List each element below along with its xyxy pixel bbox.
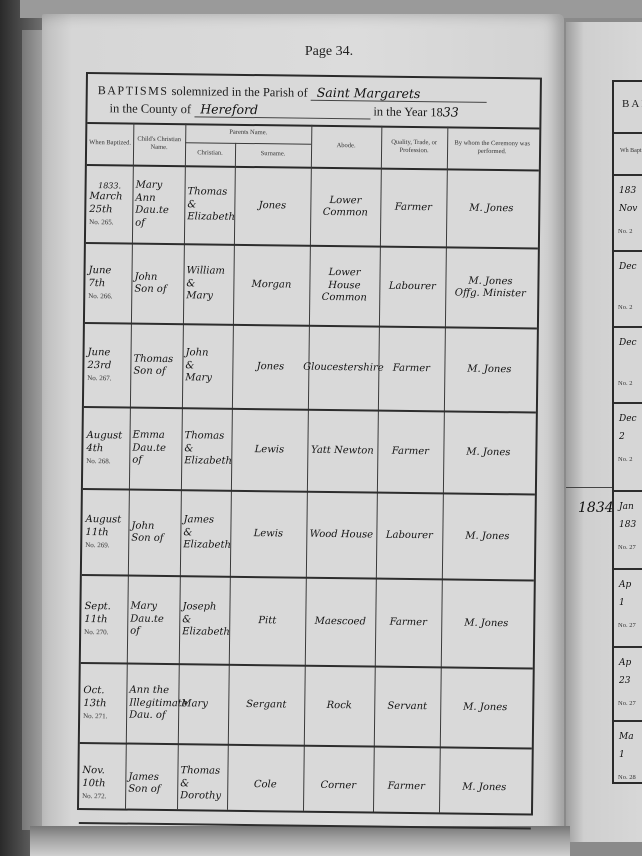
- baptism-date: Oct. 13th: [83, 685, 123, 710]
- baptism-date: Nov. 10th: [82, 765, 122, 790]
- ampersand: &: [180, 778, 189, 791]
- cell-parents-christian: John&Mary: [182, 325, 233, 408]
- cell-surname: Sergant: [228, 666, 305, 745]
- cell-quality: Farmer: [380, 170, 447, 247]
- father-name: Thomas: [187, 186, 227, 199]
- cell-when: June 7thNo. 266.: [85, 244, 132, 323]
- cell-parents-christian: Joseph&Elizabeth: [179, 577, 230, 664]
- register-entry: June 23rdNo. 267.ThomasSon ofJohn&MaryJo…: [84, 324, 537, 414]
- entry-number: No. 267.: [87, 374, 111, 383]
- child-relation: Son of: [131, 533, 163, 546]
- cell-abode: Rock: [304, 667, 375, 746]
- cell-child: MaryDau.te of: [127, 577, 180, 664]
- right-entry-number: No. 27: [618, 622, 636, 629]
- entry-number: No. 271.: [83, 712, 107, 721]
- cell-by-whom: M. Jones: [441, 580, 532, 667]
- register-entry: Sept. 11thNo. 270.MaryDau.te ofJoseph&El…: [81, 576, 534, 670]
- child-name: James: [128, 771, 159, 784]
- right-page-register: BAP Wh Bapt 183NovNo. 2DecNo. 2DecNo. 2D…: [612, 80, 642, 784]
- child-relation: Son of: [134, 284, 166, 297]
- cell-quality: Farmer: [378, 328, 445, 411]
- officiant-note: Offg. Minister: [455, 288, 526, 301]
- mother-name: Elizabeth: [182, 626, 230, 639]
- right-col-when: Wh Bapt: [620, 148, 642, 156]
- right-row-rule: [614, 646, 642, 648]
- right-entry-date-line2: 1: [619, 750, 625, 760]
- margin-year-note: 1834: [578, 500, 614, 516]
- col-when: When Baptized.: [87, 122, 134, 165]
- abode: Wood House: [310, 529, 374, 542]
- father-name: Thomas: [184, 430, 224, 443]
- entry-number: No. 265.: [89, 218, 113, 227]
- officiant: M. Jones: [469, 202, 513, 215]
- register-entry: 1833.March 25thNo. 265.Mary AnnDau.te of…: [86, 166, 539, 250]
- cell-when: Oct. 13thNo. 271.: [80, 664, 127, 743]
- father-name: Mary: [181, 698, 208, 711]
- officiant: M. Jones: [464, 617, 508, 630]
- ampersand: &: [185, 360, 194, 373]
- mother-name: Dorothy: [180, 790, 221, 803]
- cell-abode: Yatt Newton: [307, 411, 378, 492]
- officiant: M. Jones: [467, 363, 511, 376]
- child-name: Emma: [132, 430, 164, 443]
- officiant: M. Jones: [463, 701, 507, 714]
- register-header: BAPTISMS solemnized in the Parish of Sai…: [87, 74, 540, 130]
- entry-number: No. 269.: [85, 541, 109, 550]
- surname: Morgan: [251, 279, 291, 292]
- right-header-rule: [614, 174, 642, 176]
- surname: Sergant: [246, 699, 287, 712]
- col-quality: Quality, Trade, or Profession.: [381, 126, 448, 169]
- father-name: Joseph: [182, 601, 216, 614]
- cell-parents-christian: Thomas&Elizabeth: [184, 167, 235, 244]
- cell-surname: Pitt: [229, 578, 306, 665]
- right-entry-number: No. 2: [618, 380, 632, 387]
- right-entry-date-line2: 2: [619, 432, 625, 442]
- cell-child: Mary AnnDau.te of: [132, 167, 185, 244]
- quality: Labourer: [386, 529, 433, 542]
- cell-quality: Labourer: [376, 494, 443, 579]
- right-entry-number: No. 2: [618, 456, 632, 463]
- cell-by-whom: M. Jones: [440, 668, 531, 747]
- cell-when: Nov. 10thNo. 272.: [79, 744, 126, 823]
- register-entry: Nov. 10thNo. 272.JamesSon ofThomas&Dorot…: [79, 744, 532, 830]
- officiant: M. Jones: [465, 530, 509, 543]
- child-name: Mary: [130, 601, 157, 614]
- cell-child: Ann theIllegitimate Dau. of: [126, 665, 179, 744]
- entry-year: 1833.: [98, 181, 121, 191]
- father-name: John: [185, 347, 208, 360]
- right-register-title: BAP: [622, 98, 642, 110]
- child-relation: Dau.te of: [135, 205, 181, 231]
- cell-quality: Labourer: [379, 248, 446, 327]
- baptism-date: August 4th: [86, 430, 126, 455]
- cell-surname: Lewis: [230, 492, 307, 577]
- father-name: Thomas: [180, 765, 220, 778]
- quality: Farmer: [393, 363, 430, 376]
- child-relation: Dau.te of: [132, 442, 178, 468]
- col-parents: Parents Name.: [185, 123, 311, 144]
- register-entry: August 4thNo. 268.EmmaDau.te ofThomas&El…: [83, 408, 536, 496]
- mother-name: Elizabeth: [187, 211, 235, 224]
- abode: Lower Common: [313, 194, 377, 220]
- ampersand: &: [182, 614, 191, 627]
- child-name: Ann the: [129, 685, 169, 698]
- surname: Lewis: [255, 444, 285, 457]
- right-entry-date: Ap: [619, 580, 631, 590]
- column-headers: When Baptized. Child's Christian Name. P…: [87, 122, 540, 172]
- cell-quality: Servant: [374, 668, 441, 747]
- cell-quality: Farmer: [373, 748, 440, 827]
- cell-by-whom: M. Jones: [446, 170, 537, 247]
- right-entry-date: Dec: [619, 414, 637, 424]
- col-by-whom: By whom the Ceremony was performed.: [447, 126, 538, 169]
- cell-child: JohnSon of: [131, 245, 184, 324]
- abode: Yatt Newton: [311, 445, 374, 458]
- baptism-date: August 11th: [85, 514, 125, 539]
- page-bottom-edge: [30, 826, 570, 856]
- register-entry: August 11thNo. 269.JohnSon ofJames&Eliza…: [82, 490, 535, 582]
- quality: Labourer: [389, 280, 436, 293]
- right-row-rule: [614, 490, 642, 492]
- quality: Farmer: [390, 617, 427, 630]
- entry-number: No. 272.: [82, 792, 106, 801]
- right-row-rule: [614, 720, 642, 722]
- register-entries: 1833.March 25thNo. 265.Mary AnnDau.te of…: [79, 166, 539, 813]
- right-entry-date: Dec: [619, 338, 637, 348]
- cell-parents-christian: Mary: [178, 665, 229, 744]
- page-number-text: Page 34.: [305, 44, 353, 59]
- col-abode: Abode.: [311, 125, 382, 168]
- year-label: in the Year 18: [373, 105, 443, 120]
- register-county-line: in the County of Hereford in the Year 18…: [109, 100, 458, 120]
- register-title: BAPTISMS: [98, 83, 169, 98]
- baptism-date: Sept. 11th: [84, 601, 124, 626]
- entry-number: No. 266.: [88, 292, 112, 301]
- mother-name: Elizabeth: [183, 539, 231, 552]
- right-row-rule: [614, 568, 642, 570]
- child-relation: Dau.te of: [130, 613, 176, 639]
- cell-by-whom: M. Jones: [439, 748, 530, 827]
- entry-number: No. 270.: [84, 628, 108, 637]
- abode: Corner: [320, 780, 356, 793]
- child-name: Thomas: [133, 353, 173, 366]
- cell-child: JamesSon of: [125, 745, 178, 824]
- cell-abode: Gloucestershire: [308, 327, 379, 410]
- page-number: Page 34.: [0, 44, 642, 60]
- right-row-rule: [614, 402, 642, 404]
- margin-rule: [566, 487, 614, 488]
- right-entry-number: No. 27: [618, 544, 636, 551]
- county-label: in the County of: [109, 101, 191, 116]
- ampersand: &: [184, 443, 193, 456]
- quality: Servant: [387, 700, 427, 713]
- cell-parents-christian: Thomas&Elizabeth: [181, 409, 232, 490]
- right-entry-number: No. 28: [618, 774, 636, 781]
- abode: Rock: [327, 700, 352, 713]
- right-entry-number: No. 2: [618, 304, 632, 311]
- surname: Cole: [254, 779, 277, 792]
- mother-name: Elizabeth: [184, 455, 232, 468]
- right-header-rule: [614, 132, 642, 134]
- officiant: M. Jones: [468, 275, 512, 288]
- right-entry-date-line2: 1: [619, 598, 625, 608]
- abode: Maescoed: [315, 616, 366, 629]
- baptism-date: June 7th: [88, 265, 128, 290]
- cell-abode: Lower Common: [310, 169, 381, 246]
- quality: Farmer: [388, 780, 425, 793]
- right-entry-date-line2: 23: [619, 676, 630, 686]
- cell-parents-christian: William&Mary: [183, 245, 234, 324]
- child-relation: Son of: [128, 784, 160, 797]
- col-child: Child's Christian Name.: [133, 123, 186, 166]
- cell-quality: Farmer: [375, 580, 442, 667]
- child-name: John: [134, 271, 157, 284]
- cell-when: August 4thNo. 268.: [83, 408, 130, 489]
- cell-when: Sept. 11thNo. 270.: [81, 576, 128, 663]
- right-row-rule: [614, 250, 642, 252]
- cell-by-whom: M. Jones: [444, 328, 535, 411]
- surname: Jones: [257, 361, 285, 374]
- cell-parents-christian: Thomas&Dorothy: [177, 745, 228, 824]
- cell-by-whom: M. Jones: [442, 494, 533, 579]
- ampersand: &: [186, 278, 195, 291]
- quality: Farmer: [395, 202, 432, 215]
- officiant: M. Jones: [462, 781, 506, 794]
- cell-quality: Farmer: [377, 412, 444, 493]
- cell-surname: Jones: [234, 168, 311, 245]
- col-christian: Christian.: [185, 142, 235, 166]
- officiant: M. Jones: [466, 446, 510, 459]
- quality: Farmer: [392, 446, 429, 459]
- year-suffix: 33: [443, 104, 459, 119]
- cell-by-whom: M. Jones: [443, 412, 534, 493]
- father-name: William: [186, 265, 224, 278]
- col-surname: Surname.: [235, 143, 311, 167]
- right-entry-date: Ap: [619, 658, 631, 668]
- register-entry: June 7thNo. 266.JohnSon ofWilliam&MaryMo…: [85, 244, 538, 330]
- cell-by-whom: M. JonesOffg. Minister: [445, 248, 536, 327]
- entry-number: No. 268.: [86, 457, 110, 466]
- father-name: James: [183, 514, 214, 527]
- right-entry-date-line2: Nov: [619, 204, 637, 214]
- child-name: Mary Ann: [135, 180, 181, 206]
- right-entry-date: Jan: [619, 502, 634, 512]
- surname: Lewis: [254, 528, 284, 541]
- right-entry-date: Ma: [619, 732, 634, 742]
- cell-child: ThomasSon of: [130, 325, 183, 408]
- cell-surname: Jones: [232, 326, 309, 409]
- mother-name: Mary: [185, 372, 212, 385]
- cell-surname: Lewis: [231, 410, 308, 491]
- cell-surname: Cole: [227, 746, 304, 825]
- mother-name: Mary: [186, 290, 213, 303]
- right-entry-number: No. 2: [618, 228, 632, 235]
- baptism-register: BAPTISMS solemnized in the Parish of Sai…: [77, 72, 542, 816]
- ampersand: &: [187, 199, 196, 212]
- cell-surname: Morgan: [233, 246, 310, 325]
- child-name: John: [131, 520, 154, 533]
- cell-abode: Maescoed: [305, 579, 376, 666]
- right-entry-date-line2: 183: [619, 520, 636, 530]
- cell-child: EmmaDau.te of: [129, 409, 182, 490]
- abode: Lower House Common: [312, 267, 376, 305]
- cell-when: August 11thNo. 269.: [82, 490, 129, 575]
- cell-when: June 23rdNo. 267.: [84, 324, 131, 407]
- cell-when: 1833.March 25thNo. 265.: [86, 166, 133, 243]
- cell-child: JohnSon of: [128, 491, 181, 576]
- right-entry-number: No. 27: [618, 700, 636, 707]
- parish-name: Saint Margarets: [311, 85, 487, 103]
- right-row-rule: [614, 326, 642, 328]
- cell-abode: Lower House Common: [309, 247, 380, 326]
- right-entry-date: 183: [619, 186, 636, 196]
- register-title-line: BAPTISMS solemnized in the Parish of Sai…: [98, 82, 487, 103]
- cell-parents-christian: James&Elizabeth: [180, 491, 231, 576]
- right-entry-date: Dec: [619, 262, 637, 272]
- county-name: Hereford: [194, 101, 370, 119]
- surname: Jones: [259, 200, 287, 213]
- ampersand: &: [183, 527, 192, 540]
- register-entry: Oct. 13thNo. 271.Ann theIllegitimate Dau…: [80, 664, 533, 750]
- baptism-date: March 25th: [89, 191, 129, 216]
- register-title-text: solemnized in the Parish of: [172, 84, 308, 100]
- child-relation: Son of: [133, 366, 165, 379]
- cell-abode: Corner: [303, 747, 374, 826]
- baptism-date: June 23rd: [87, 347, 127, 372]
- surname: Pitt: [258, 615, 276, 628]
- abode: Gloucestershire: [303, 361, 384, 374]
- cell-abode: Wood House: [306, 493, 377, 578]
